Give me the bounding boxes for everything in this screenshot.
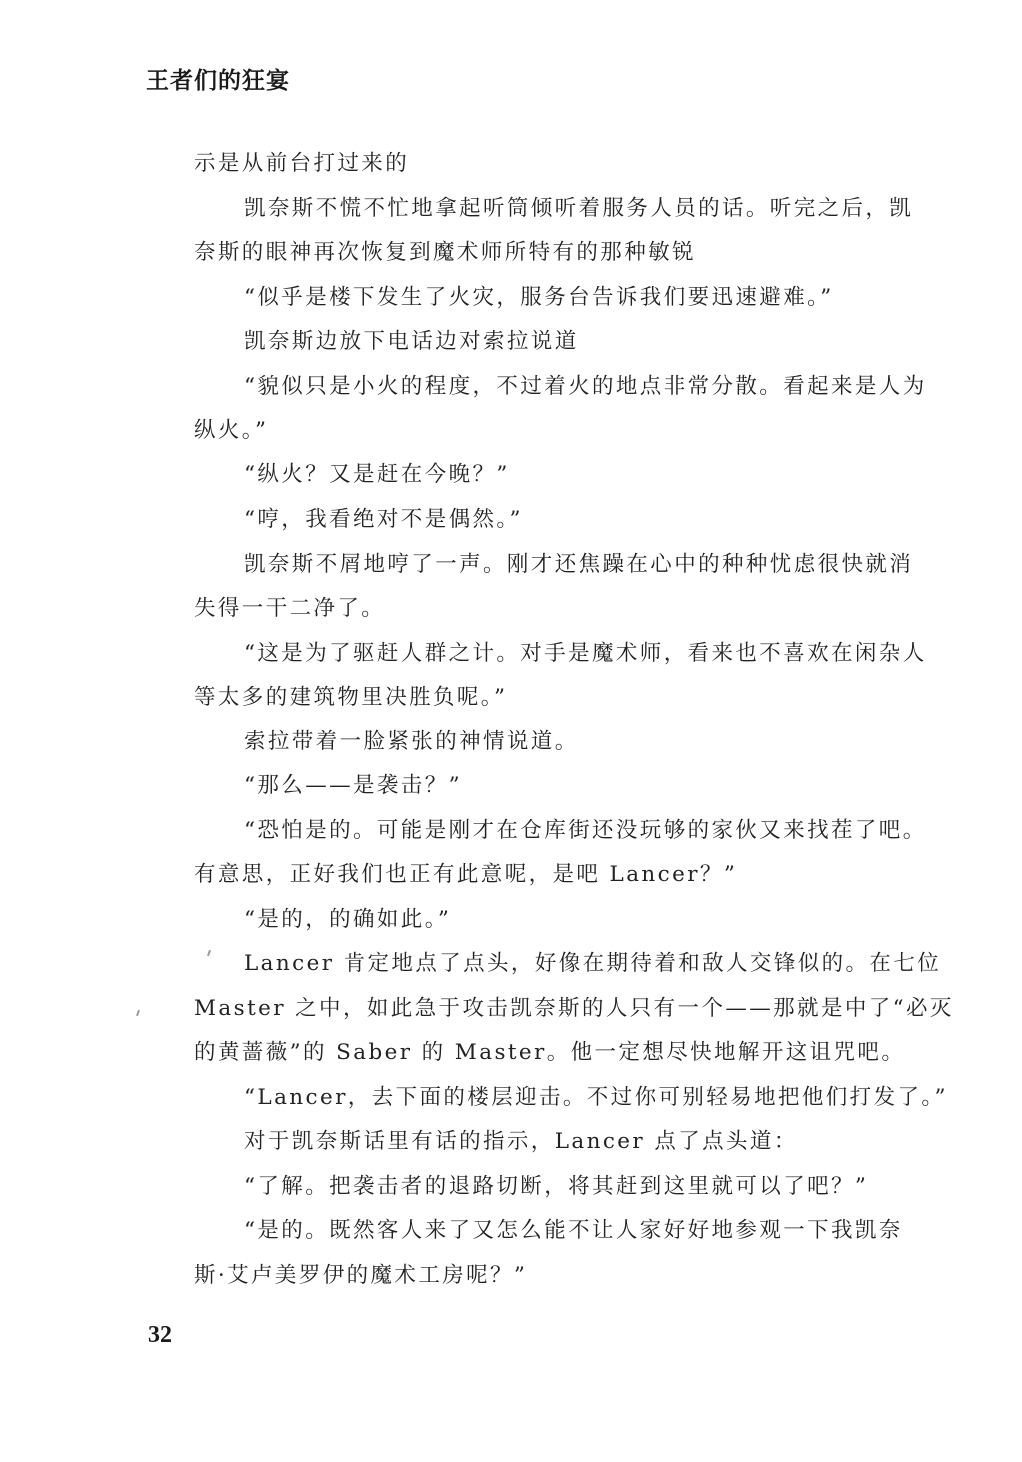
text-line: “是的，的确如此。” [244, 902, 451, 933]
text-line: 有意思，正好我们也正有此意呢，是吧 Lancer？” [194, 857, 737, 888]
scan-speck [136, 1010, 140, 1016]
text-line: 凯奈斯不慌不忙地拿起听筒倾听着服务人员的话。听完之后，凯 [244, 191, 913, 222]
page-number: 32 [148, 1322, 172, 1349]
text-line: “Lancer，去下面的楼层迎击。不过你可别轻易地把他们打发了。” [244, 1080, 948, 1111]
text-line: 凯奈斯边放下电话边对索拉说道 [244, 324, 579, 355]
scan-speck [207, 950, 211, 956]
text-line: “这是为了驱赶人群之计。对手是魔术师，看来也不喜欢在闲杂人 [244, 636, 927, 667]
text-line: 凯奈斯不屑地哼了一声。刚才还焦躁在心中的种种忧虑很快就消 [244, 547, 913, 578]
text-line: 示是从前台打过来的 [194, 146, 409, 177]
running-head: 王者们的狂宴 [146, 62, 290, 95]
text-line: “纵火？又是赶在今晚？” [244, 457, 510, 488]
text-line: “恐怕是的。可能是刚才在仓库街还没玩够的家伙又来找茬了吧。 [244, 813, 927, 844]
text-line: 纵火。” [194, 413, 268, 444]
text-line: 斯·艾卢美罗伊的魔术工房呢？” [194, 1258, 527, 1289]
text-line: “了解。把袭击者的退路切断，将其赶到这里就可以了吧？” [244, 1169, 868, 1200]
text-line: “是的。既然客人来了又怎么能不让人家好好地参观一下我凯奈 [244, 1213, 903, 1244]
text-line: Lancer 肯定地点了点头，好像在期待着和敌人交锋似的。在七位 [244, 946, 941, 977]
text-line: 等太多的建筑物里决胜负呢。” [194, 680, 507, 711]
text-line: “似乎是楼下发生了火灾，服务台告诉我们要迅速避难。” [244, 280, 834, 311]
text-line: “貌似只是小火的程度，不过着火的地点非常分散。看起来是人为 [244, 369, 927, 400]
text-line: 失得一干二净了。 [194, 591, 385, 622]
text-line: 奈斯的眼神再次恢复到魔术师所特有的那种敏锐 [194, 235, 696, 266]
text-line: 的黄蔷薇”的 Saber 的 Master。他一定想尽快地解开这诅咒吧。 [194, 1035, 905, 1066]
text-line: “哼，我看绝对不是偶然。” [244, 502, 523, 533]
text-line: Master 之中，如此急于攻击凯奈斯的人只有一个——那就是中了“必灭 [194, 991, 954, 1022]
text-line: 对于凯奈斯话里有话的指示，Lancer 点了点头道： [244, 1124, 798, 1155]
text-line: 索拉带着一脸紧张的神情说道。 [244, 724, 579, 755]
text-line: “那么——是袭击？” [244, 768, 462, 799]
